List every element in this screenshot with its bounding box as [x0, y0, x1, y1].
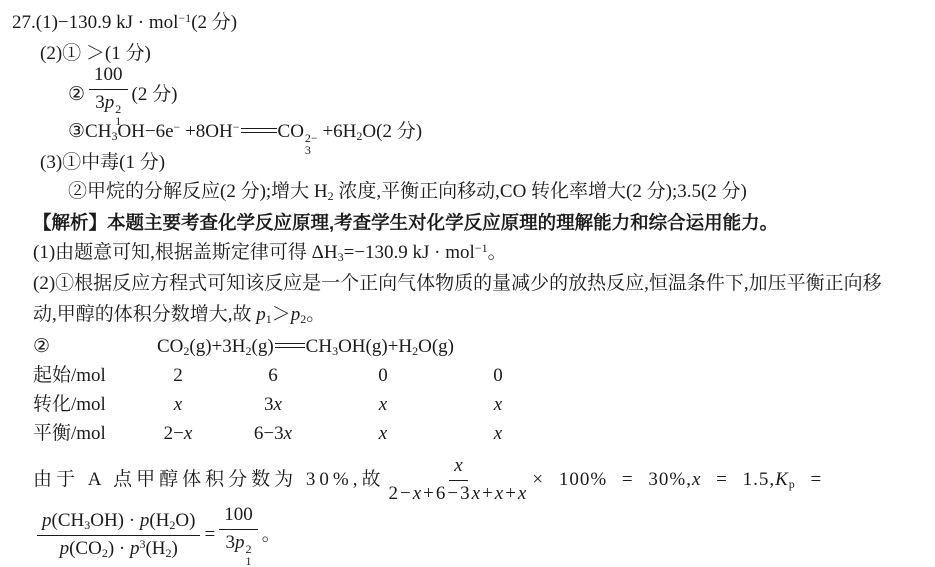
analysis-line-part1: (1)由题意可知,根据盖斯定律可得 ΔH3=−130.9 kJ · mol−1。	[33, 240, 507, 266]
ice-table-row-initial: 起始/mol2600	[33, 363, 553, 389]
ice-cell: 6	[223, 363, 323, 389]
analysis-line-part2-a: (2)①根据反应方程式可知该反应是一个正向气体物质的量减少的放热反应,恒温条件下…	[33, 271, 882, 297]
ice-cell: x	[443, 392, 553, 418]
ice-cell: x	[443, 421, 553, 447]
ice-table-row-change: 转化/molx3xxx	[33, 392, 553, 418]
ice-cell: 2−x	[133, 421, 223, 447]
ice-table-equation: CO2(g)+3H2(g)CH3OH(g)+H2O(g)	[157, 334, 454, 360]
answer-sheet-page: 27.(1)−130.9 kJ · mol−1(2 分) (2)① ＞(1 分)…	[0, 0, 935, 567]
ice-cell: x	[323, 421, 443, 447]
answer-line-part2-2-fraction: ②1003p21(2 分)	[68, 72, 177, 118]
ice-cell: 2	[133, 363, 223, 389]
ice-cell: x	[323, 392, 443, 418]
ice-cell: 3x	[223, 392, 323, 418]
chemical-equals-sign	[241, 128, 277, 133]
ice-cell: 0	[443, 363, 553, 389]
ice-table-marker: ②	[33, 334, 50, 360]
ice-table-row-equilibrium: 平衡/mol2−x6−3xxx	[33, 421, 553, 447]
ice-row-label: 转化/mol	[33, 392, 133, 418]
ice-row-label: 起始/mol	[33, 363, 133, 389]
chemical-equals-sign	[275, 343, 305, 348]
analysis-line-part2-b: 动,甲醇的体积分数增大,故 p1＞p2。	[33, 302, 325, 328]
analysis-heading-line: 【解析】本题主要考查化学反应原理,考查学生对化学反应原理的理解能力和综合运用能力…	[33, 210, 778, 236]
answer-line-q27-part1: 27.(1)−130.9 kJ · mol−1(2 分)	[12, 10, 237, 36]
ice-row-label: 平衡/mol	[33, 421, 133, 447]
ice-cell: x	[133, 392, 223, 418]
answer-line-part3-1: (3)①中毒(1 分)	[40, 150, 165, 176]
answer-line-part3-2: ②甲烷的分解反应(2 分);增大 H2 浓度,平衡正向移动,CO 转化率增大(2…	[68, 179, 747, 205]
analysis-line-kp-calculation: 由于 A 点甲醇体积分数为 30%,故x2−x+6−3x+x+x × 100% …	[33, 453, 822, 507]
ice-cell: 6−3x	[223, 421, 323, 447]
ice-cell: 0	[323, 363, 443, 389]
analysis-line-kp-expression: p(CH3OH) · p(H2O)p(CO2) · p3(H2)=1003p21…	[33, 508, 281, 562]
